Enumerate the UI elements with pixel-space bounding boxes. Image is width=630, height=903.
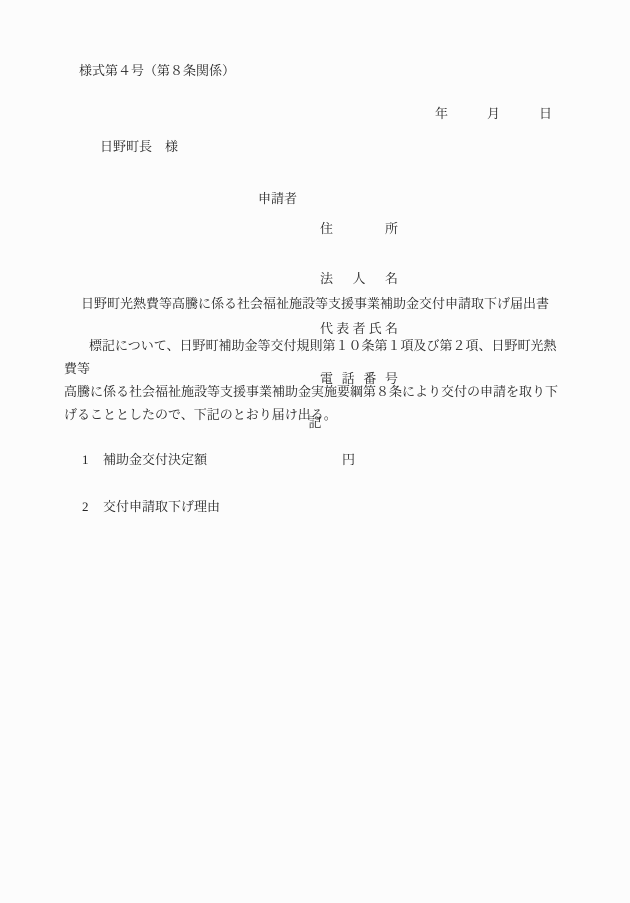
- item-2-label: 交付申請取下げ理由: [103, 499, 220, 514]
- list-item-2: 2 交付申請取下げ理由: [0, 499, 630, 559]
- document-title: 日野町光熱費等高騰に係る社会福祉施設等支援事業補助金交付申請取下げ届出書: [0, 296, 630, 311]
- item-1-number: 1: [82, 452, 89, 467]
- body-paragraph: 標記について、日野町補助金等交付規則第１０条第１項及び第２項、日野町光熱費等 高…: [64, 334, 568, 426]
- applicant-field-corporation-name: 法人名: [320, 271, 398, 291]
- document-page: 様式第４号（第８条関係） 年 月 日 日野町長 様 申請者 住所 法人名 代表者…: [0, 0, 630, 903]
- date-line: 年 月 日: [435, 106, 552, 121]
- item-2-number: 2: [82, 499, 89, 514]
- body-line-2: 高騰に係る社会福祉施設等支援事業補助金実施要綱第８条により交付の申請を取り下: [64, 380, 568, 403]
- item-1-label: 補助金交付決定額: [103, 452, 207, 467]
- body-line-1: 標記について、日野町補助金等交付規則第１０条第１項及び第２項、日野町光熱費等: [64, 334, 568, 380]
- section-mark-ki: 記: [0, 415, 630, 430]
- applicant-label: 申請者: [258, 191, 297, 206]
- addressee-line: 日野町長 様: [100, 139, 178, 154]
- form-number: 様式第４号（第８条関係）: [79, 63, 235, 78]
- applicant-field-address: 住所: [320, 221, 398, 241]
- item-1-unit-yen: 円: [342, 452, 355, 467]
